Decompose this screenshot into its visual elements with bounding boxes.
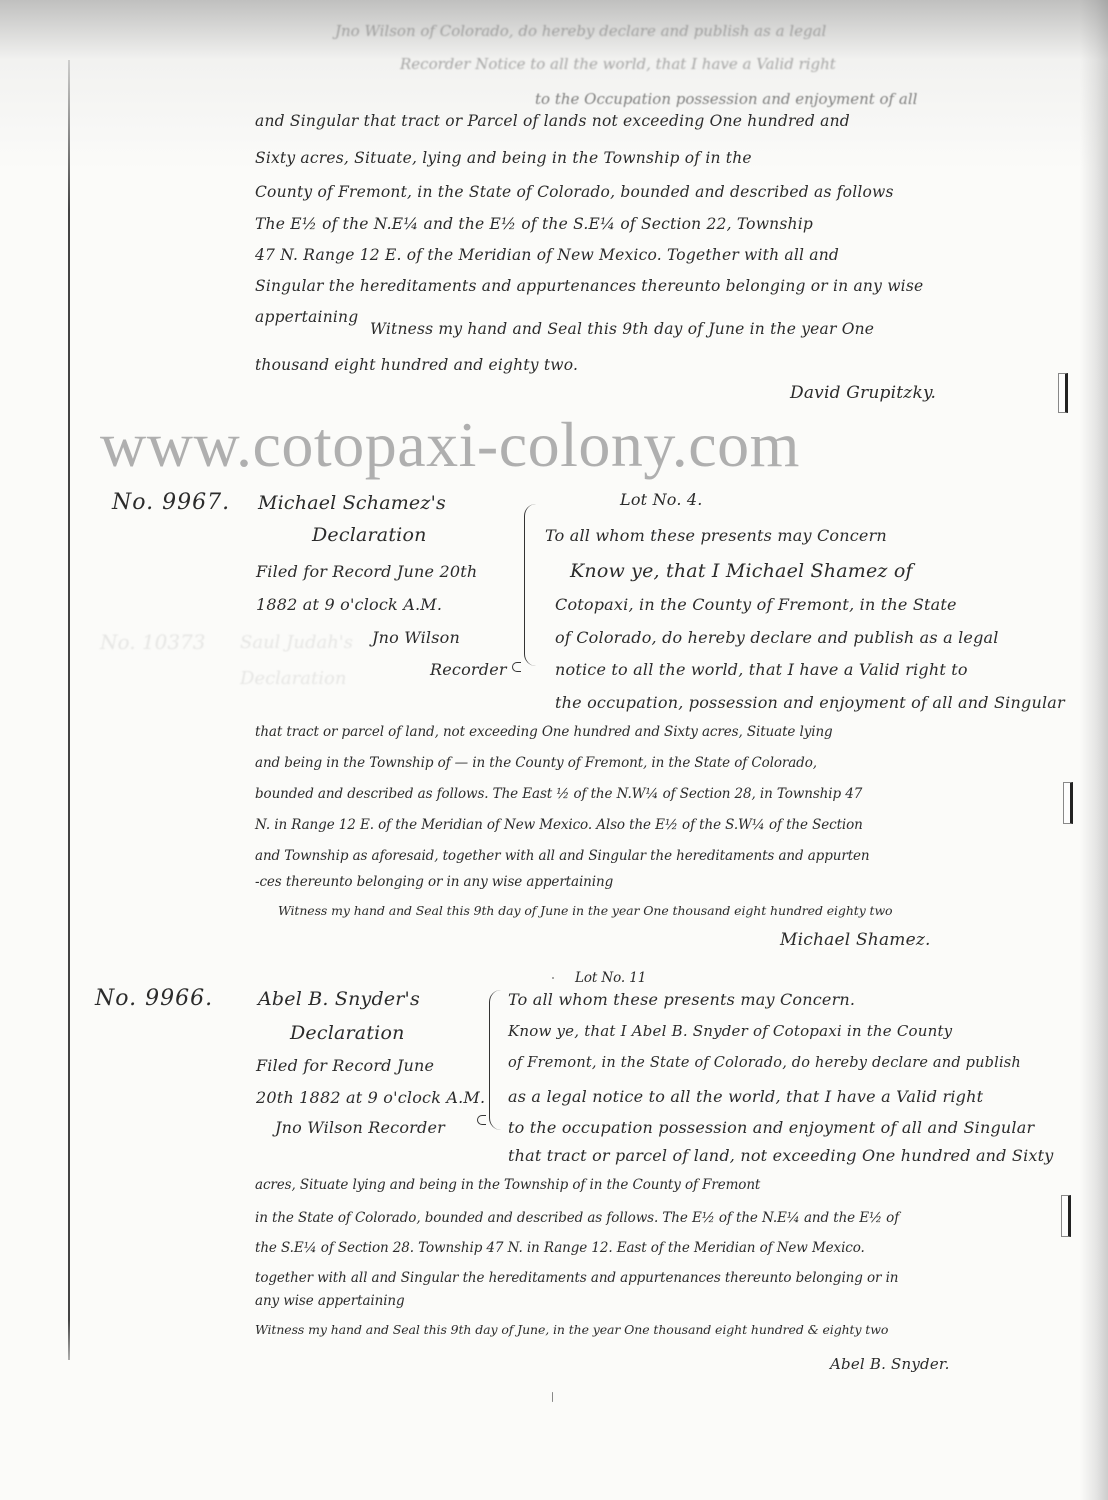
body-line: Know ye, that I Michael Shamez of: [570, 560, 913, 582]
signature: Abel B. Snyder.: [830, 1355, 950, 1373]
brace: [524, 504, 539, 666]
body-line: and Singular that tract or Parcel of lan…: [255, 112, 850, 130]
brace-curl: [477, 1115, 486, 1125]
filed-for-record: 20th 1882 at 9 o'clock A.M.: [256, 1088, 485, 1107]
body-line: notice to all the world, that I have a V…: [555, 660, 968, 679]
ink-speck: [552, 1392, 553, 1402]
body-line: in the State of Colorado, bounded and de…: [255, 1210, 899, 1226]
bleed-through-entry-number: No. 10373: [100, 630, 206, 654]
body-line: and being in the Township of — in the Co…: [255, 755, 817, 771]
recorder-title: Recorder: [430, 660, 507, 679]
faded-line: to the Occupation possession and enjoyme…: [535, 90, 917, 108]
body-line: 47 N. Range 12 E. of the Meridian of New…: [255, 246, 839, 264]
recorder-line: Jno Wilson Recorder: [275, 1118, 445, 1137]
lot-number: Lot No. 11: [575, 970, 646, 986]
body-line: Sixty acres, Situate, lying and being in…: [255, 149, 752, 167]
body-line: -ces thereunto belonging or in any wise …: [255, 874, 613, 890]
filed-for-record: 1882 at 9 o'clock A.M.: [256, 595, 442, 614]
body-line: The E½ of the N.E¼ and the E½ of the S.E…: [255, 215, 813, 233]
witness-line: Witness my hand and Seal this 9th day of…: [278, 903, 892, 918]
document-page: No. 10373 Saul Judah's Declaration Jno W…: [0, 0, 1108, 1500]
witness-line: thousand eight hundred and eighty two.: [255, 356, 578, 374]
body-line: that tract or parcel of land, not exceed…: [508, 1146, 1053, 1165]
body-line: To all whom these presents may Concern: [545, 526, 887, 545]
body-line: N. in Range 12 E. of the Meridian of New…: [255, 817, 863, 833]
body-line: that tract or parcel of land, not exceed…: [255, 724, 833, 740]
entry-number: No. 9966.: [95, 986, 213, 1011]
body-line: Cotopaxi, in the County of Fremont, in t…: [555, 595, 957, 614]
witness-line: Witness my hand and Seal this 9th day of…: [370, 320, 874, 338]
body-line: Know ye, that I Abel B. Snyder of Cotopa…: [508, 1022, 952, 1040]
body-line: Singular the hereditaments and appurtena…: [255, 277, 923, 295]
body-line: together with all and Singular the hered…: [255, 1270, 898, 1286]
entry-number: No. 9967.: [112, 490, 230, 515]
binding-clip-bottom: [1061, 1195, 1071, 1237]
body-line: appertaining: [255, 308, 358, 326]
bleed-through-title: Declaration: [240, 668, 346, 689]
body-line: the S.E¼ of Section 28. Township 47 N. i…: [255, 1240, 865, 1256]
binding-clip-middle: [1063, 782, 1073, 824]
body-line: the occupation, possession and enjoyment…: [555, 693, 1065, 712]
left-margin-rule: [68, 60, 70, 1360]
body-line: any wise appertaining: [255, 1293, 405, 1309]
body-line: bounded and described as follows. The Ea…: [255, 786, 862, 802]
signature: Michael Shamez.: [780, 930, 931, 950]
ink-speck: [552, 977, 554, 979]
body-line: and Township as aforesaid, together with…: [255, 848, 870, 864]
recorder-name: Jno Wilson: [372, 628, 460, 647]
declarant-name: Abel B. Snyder's: [258, 988, 420, 1010]
watermark: www.cotopaxi-colony.com: [100, 408, 800, 482]
body-line: as a legal notice to all the world, that…: [508, 1087, 983, 1106]
faded-line: Recorder Notice to all the world, that I…: [400, 55, 836, 73]
body-line: of Fremont, in the State of Colorado, do…: [508, 1055, 1021, 1071]
brace-curl: [512, 662, 521, 672]
declaration-title: Declaration: [312, 524, 427, 546]
brace: [489, 990, 504, 1130]
faded-line: Jno Wilson of Colorado, do hereby declar…: [335, 22, 826, 40]
filed-for-record: Filed for Record June: [256, 1056, 434, 1075]
body-line: To all whom these presents may Concern.: [508, 990, 855, 1009]
body-line: County of Fremont, in the State of Color…: [255, 183, 894, 201]
declarant-name: Michael Schamez's: [258, 492, 446, 514]
witness-line: Witness my hand and Seal this 9th day of…: [255, 1322, 888, 1337]
declaration-title: Declaration: [290, 1022, 405, 1044]
binding-clip-top: [1058, 373, 1068, 413]
signature: David Grupitzky.: [790, 383, 936, 403]
lot-number: Lot No. 4.: [620, 490, 703, 509]
filed-for-record: Filed for Record June 20th: [256, 562, 477, 581]
body-line: of Colorado, do hereby declare and publi…: [555, 628, 999, 647]
bleed-through-name: Saul Judah's: [240, 632, 353, 653]
body-line: acres, Situate lying and being in the To…: [255, 1177, 760, 1193]
body-line: to the occupation possession and enjoyme…: [508, 1118, 1034, 1137]
